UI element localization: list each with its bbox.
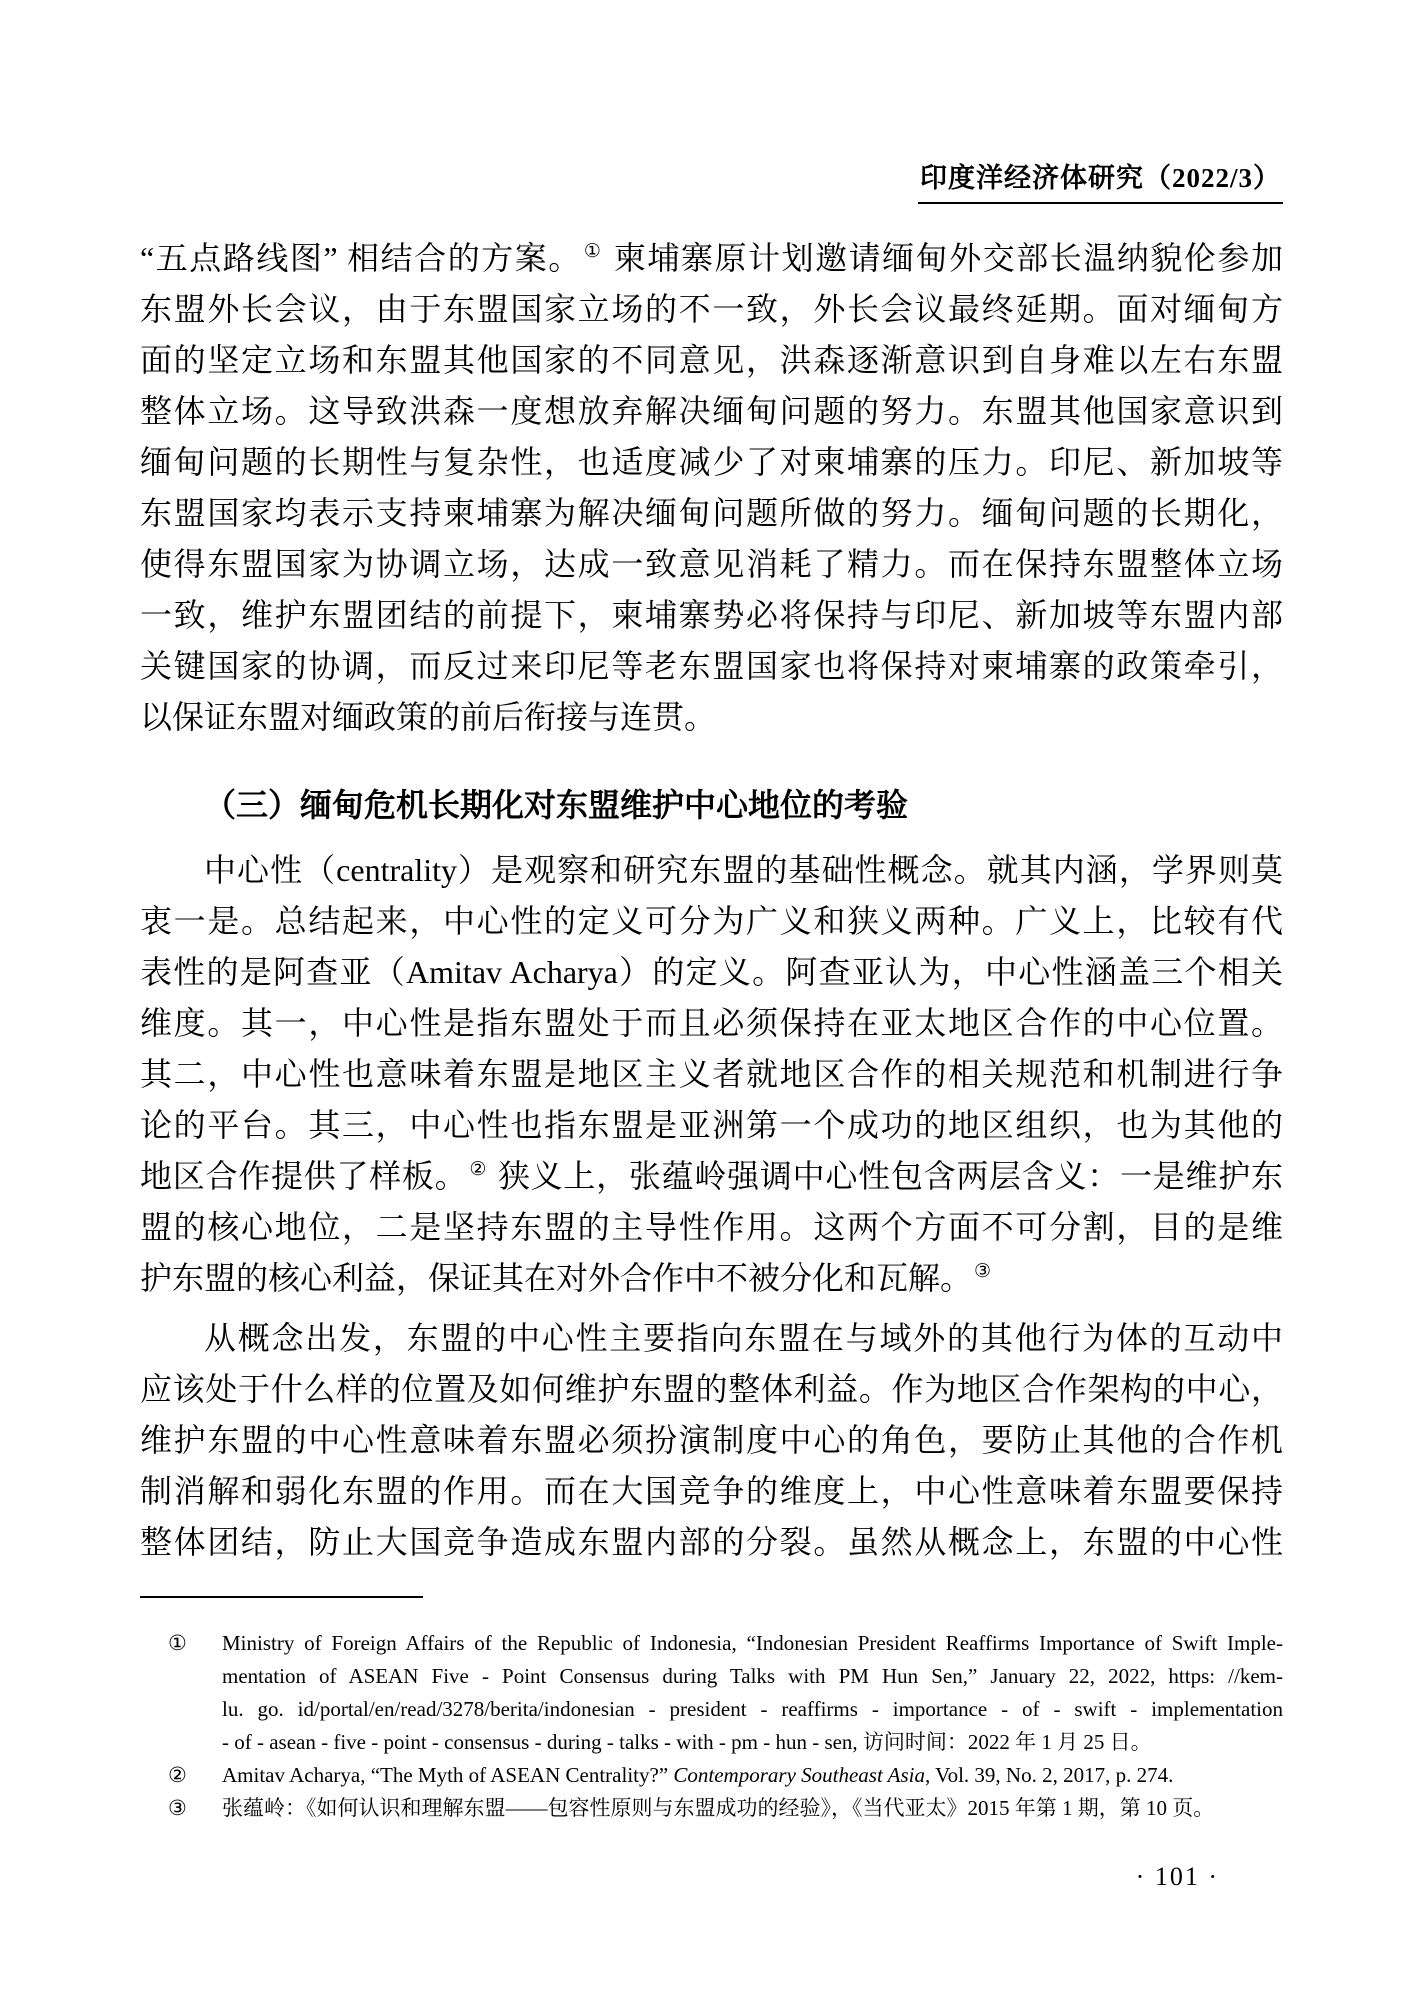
text-line: 东盟外长会议，由于东盟国家立场的不一致，外长会议最终延期。面对缅甸方 bbox=[140, 284, 1283, 335]
document-page: 印度洋经济体研究（2022/3） “五点路线图” 相结合的方案。① 柬埔寨原计划… bbox=[0, 0, 1417, 2008]
paragraph-2: 中心性（centrality）是观察和研究东盟的基础性概念。就其内涵，学界则莫衷… bbox=[140, 845, 1283, 1304]
text-line: 应该处于什么样的位置及如何维护东盟的整体利益。作为地区合作架构的中心， bbox=[140, 1364, 1283, 1415]
text-line: 护东盟的核心利益，保证其在对外合作中不被分化和瓦解。③ bbox=[140, 1253, 1283, 1304]
footnote-line: lu. go. id/portal/en/read/3278/berita/in… bbox=[222, 1693, 1283, 1726]
text-line: 维护东盟的中心性意味着东盟必须扮演制度中心的角色，要防止其他的合作机 bbox=[140, 1415, 1283, 1466]
journal-header-title: 印度洋经济体研究（2022/3） bbox=[918, 156, 1283, 204]
paragraph-1: “五点路线图” 相结合的方案。① 柬埔寨原计划邀请缅甸外交部长温纳貌伦参加东盟外… bbox=[140, 233, 1283, 743]
text-line: 表性的是阿查亚（Amitav Acharya）的定义。阿查亚认为，中心性涵盖三个… bbox=[140, 947, 1283, 998]
section-heading: （三）缅甸危机长期化对东盟维护中心地位的考验 bbox=[140, 780, 1283, 831]
text-line: 论的平台。其三，中心性也指东盟是亚洲第一个成功的地区组织，也为其他的 bbox=[140, 1100, 1283, 1151]
text-line: 从概念出发，东盟的中心性主要指向东盟在与域外的其他行为体的互动中 bbox=[140, 1313, 1283, 1364]
footnote-item: ①Ministry of Foreign Affairs of the Repu… bbox=[140, 1627, 1283, 1759]
text-line: 制消解和弱化东盟的作用。而在大国竞争的维度上，中心性意味着东盟要保持 bbox=[140, 1466, 1283, 1517]
text-line: 整体团结，防止大国竞争造成东盟内部的分裂。虽然从概念上，东盟的中心性 bbox=[140, 1517, 1283, 1568]
footnote-text: lu. go. id/portal/en/read/3278/berita/in… bbox=[222, 1697, 1283, 1721]
text-line: 地区合作提供了样板。② 狭义上，张蕴岭强调中心性包含两层含义：一是维护东 bbox=[140, 1151, 1283, 1202]
footnote-separator-rule bbox=[140, 1596, 423, 1598]
footnote-journal-title: Contemporary Southeast Asia bbox=[673, 1763, 925, 1787]
text-line: 以保证东盟对缅政策的前后衔接与连贯。 bbox=[140, 692, 1283, 743]
footnote-line: - of - asean - five - point - consensus … bbox=[222, 1726, 1283, 1759]
footnote-text: , Vol. 39, No. 2, 2017, p. 274. bbox=[925, 1763, 1173, 1787]
text-line: 东盟国家均表示支持柬埔寨为解决缅甸问题所做的努力。缅甸问题的长期化， bbox=[140, 488, 1283, 539]
text-line: “五点路线图” 相结合的方案。① 柬埔寨原计划邀请缅甸外交部长温纳貌伦参加 bbox=[140, 233, 1283, 284]
page-number: · 101 · bbox=[1136, 1862, 1219, 1892]
text-line: 一致，维护东盟团结的前提下，柬埔寨势必将保持与印尼、新加坡等东盟内部 bbox=[140, 590, 1283, 641]
text-line: 缅甸问题的长期性与复杂性，也适度减少了对柬埔寨的压力。印尼、新加坡等 bbox=[140, 437, 1283, 488]
footnote-item: ②Amitav Acharya, “The Myth of ASEAN Cent… bbox=[140, 1759, 1283, 1792]
footnote-line: Amitav Acharya, “The Myth of ASEAN Centr… bbox=[222, 1759, 1283, 1792]
footnote-text: 张蕴岭：《如何认识和理解东盟——包容性原则与东盟成功的经验》，《当代亚太》201… bbox=[222, 1796, 1214, 1820]
footnote-ref-marker: ① bbox=[584, 241, 603, 262]
footnote-item: ③张蕴岭：《如何认识和理解东盟——包容性原则与东盟成功的经验》，《当代亚太》20… bbox=[140, 1792, 1283, 1825]
footnote-text: - of - asean - five - point - consensus … bbox=[222, 1730, 1152, 1754]
footnote-text: Amitav Acharya, “The Myth of ASEAN Centr… bbox=[222, 1763, 673, 1787]
text-line: 整体立场。这导致洪森一度想放弃解决缅甸问题的努力。东盟其他国家意识到 bbox=[140, 386, 1283, 437]
text-line: 关键国家的协调，而反过来印尼等老东盟国家也将保持对柬埔寨的政策牵引， bbox=[140, 641, 1283, 692]
text-line: 面的坚定立场和东盟其他国家的不同意见，洪森逐渐意识到自身难以左右东盟 bbox=[140, 335, 1283, 386]
text-line: 其二，中心性也意味着东盟是地区主义者就地区合作的相关规范和机制进行争 bbox=[140, 1049, 1283, 1100]
footnote-text: Ministry of Foreign Affairs of the Repub… bbox=[222, 1631, 1283, 1655]
footnote-marker: ③ bbox=[168, 1792, 187, 1825]
footnote-text: mentation of ASEAN Five - Point Consensu… bbox=[222, 1664, 1283, 1688]
footnote-line: 张蕴岭：《如何认识和理解东盟——包容性原则与东盟成功的经验》，《当代亚太》201… bbox=[222, 1792, 1283, 1825]
footnote-line: mentation of ASEAN Five - Point Consensu… bbox=[222, 1660, 1283, 1693]
text-line: 维度。其一，中心性是指东盟处于而且必须保持在亚太地区合作的中心位置。 bbox=[140, 998, 1283, 1049]
footnote-marker: ② bbox=[168, 1759, 187, 1792]
text-line: 衷一是。总结起来，中心性的定义可分为广义和狭义两种。广义上，比较有代 bbox=[140, 896, 1283, 947]
footnote-marker: ① bbox=[168, 1627, 187, 1660]
text-line: 盟的核心地位，二是坚持东盟的主导性作用。这两个方面不可分割，目的是维 bbox=[140, 1202, 1283, 1253]
paragraph-3: 从概念出发，东盟的中心性主要指向东盟在与域外的其他行为体的互动中应该处于什么样的… bbox=[140, 1313, 1283, 1568]
footnote-ref-marker: ② bbox=[469, 1159, 487, 1180]
text-line: 中心性（centrality）是观察和研究东盟的基础性概念。就其内涵，学界则莫 bbox=[140, 845, 1283, 896]
footnote-line: Ministry of Foreign Affairs of the Repub… bbox=[222, 1627, 1283, 1660]
footnotes: ①Ministry of Foreign Affairs of the Repu… bbox=[140, 1627, 1283, 1825]
text-line: 使得东盟国家为协调立场，达成一致意见消耗了精力。而在保持东盟整体立场 bbox=[140, 539, 1283, 590]
footnote-ref-marker: ③ bbox=[974, 1261, 991, 1282]
